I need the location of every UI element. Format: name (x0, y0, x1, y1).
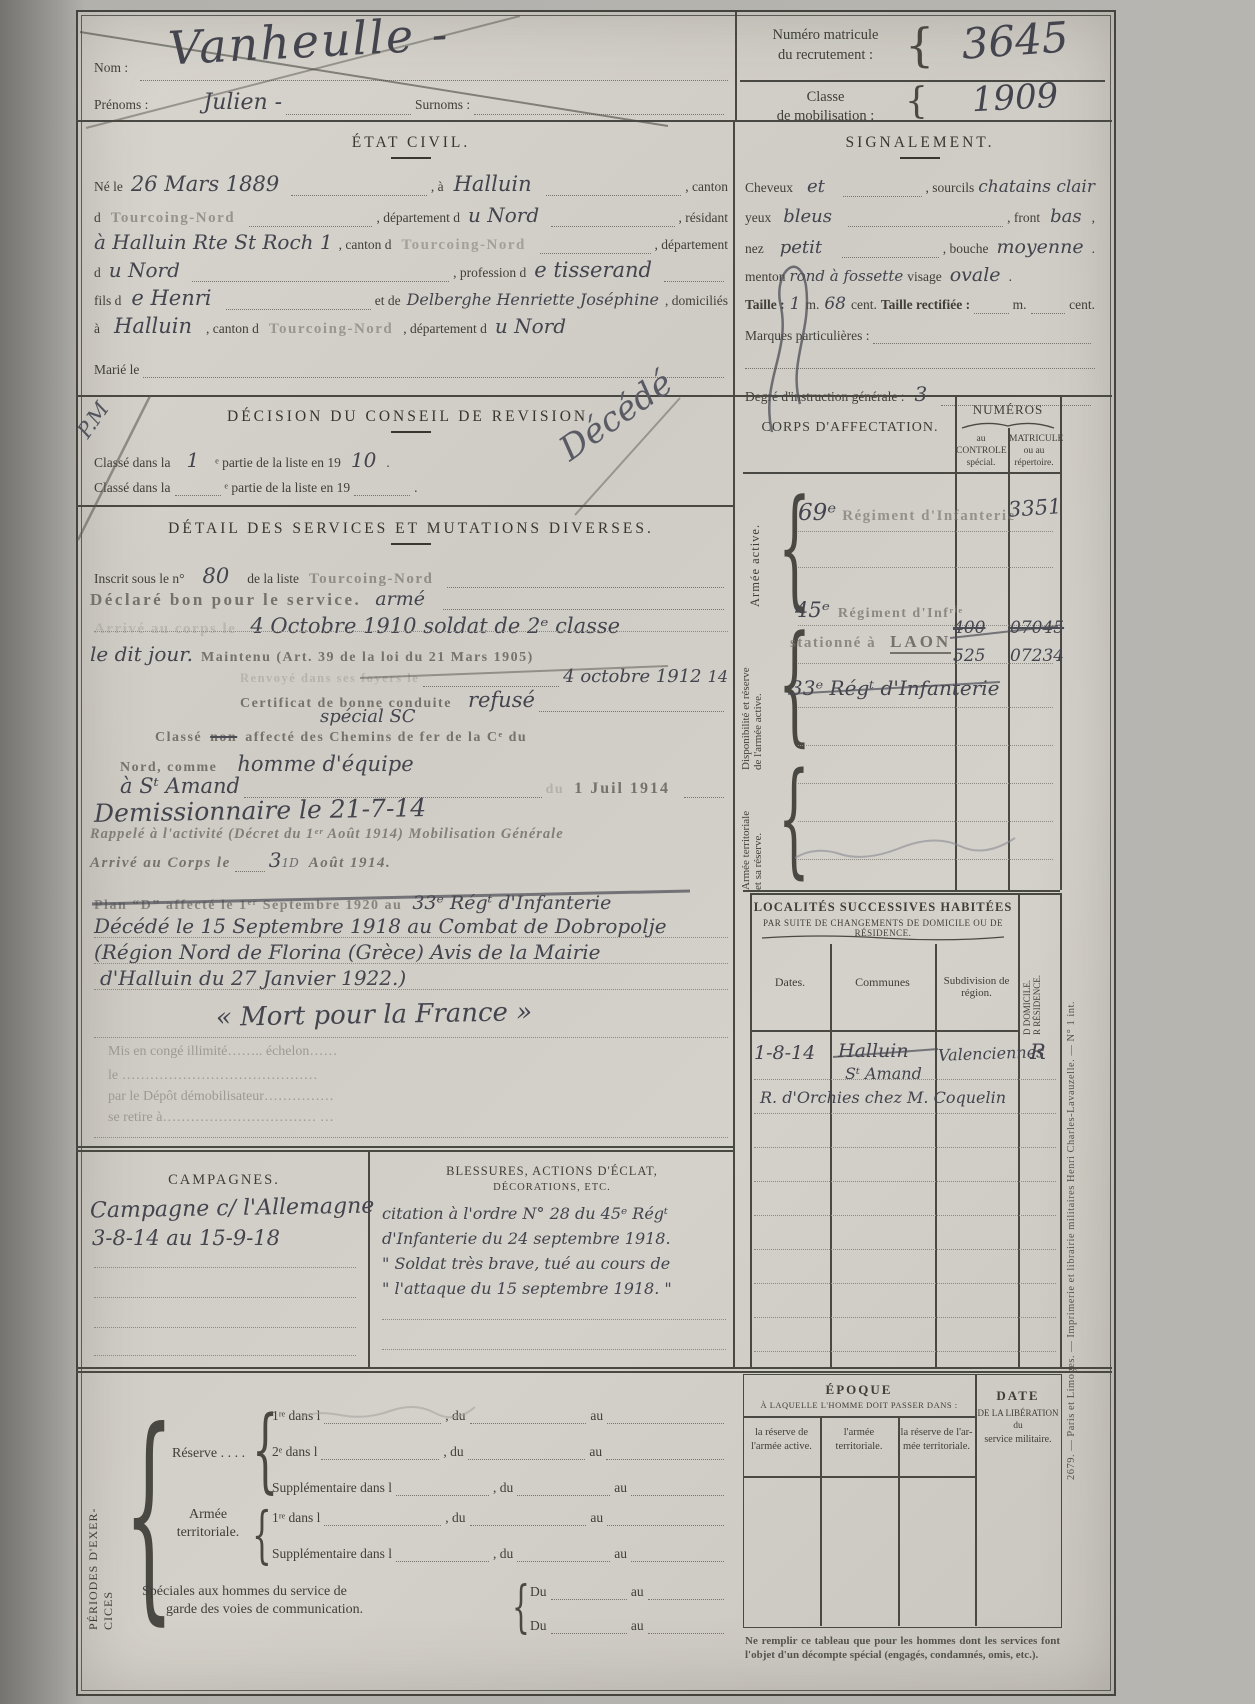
surname-label: Nom : (94, 60, 128, 76)
conduite-row: Certificat de bonne conduite refusé (240, 688, 728, 712)
regiment-45-row: 45ᵉ Régiment d'Infʳⁱᵉ (795, 598, 964, 622)
chin-row: menton rond à fossette visage ovale . (745, 264, 1095, 286)
stationne-row: stationné à LAON (790, 632, 951, 654)
retire-ghost-label: se retire à…………………………… … (108, 1110, 334, 1126)
parents-row: fils d e Henri et de Delberghe Henriette… (94, 286, 728, 310)
non-struck-stamp: non (210, 730, 237, 746)
ruled-dots (286, 112, 411, 115)
main-column-divider (733, 120, 735, 1368)
list-number-handwritten: 80 (203, 564, 230, 588)
list-stamp: Tourcoing-Nord (309, 571, 433, 588)
department2-row: d u Nord , profession d e tisserand (94, 258, 728, 282)
blessures-title-2: DÉCORATIONS, ETC. (378, 1182, 726, 1193)
ruled-line (94, 1036, 728, 1038)
domicile-row: à Halluin , canton d Tourcoing-Nord , dé… (94, 314, 728, 338)
chin-handwritten: rond à fossette (790, 267, 904, 285)
nose-handwritten: petit (780, 237, 822, 258)
epoque-col-1: la réserve de l'armée active. (745, 1426, 818, 1453)
communes-col-header: Communes (830, 975, 935, 990)
class-value: 1909 (934, 74, 1096, 122)
hair-handwritten: et (807, 176, 825, 197)
renvoye-ghost-stamp: Renvoyé dans ses foyers le (240, 671, 419, 686)
liberation-date-sub-3: service militaire. (977, 1434, 1059, 1445)
matricule-07045-struck: 07045 (1010, 618, 1064, 638)
matricule-col-header: MATRICULE ou au répertoire. (1009, 434, 1059, 470)
epoque-cols-sep (743, 1476, 975, 1478)
speciales-row-1: Du au (530, 1584, 728, 1600)
localites-subtitle: PAR SUITE DE CHANGEMENTS DE DOMICILE OU … (752, 918, 1014, 938)
localites-top-border (750, 893, 1060, 895)
matricule-number-label: Numéro matricule du recrutement : (743, 26, 908, 65)
birth-place-handwritten: Halluin (454, 172, 532, 196)
localites-col-line (830, 944, 832, 1368)
dispo-side-label: Disponibilité et réserve de l'armée acti… (740, 620, 764, 770)
arrival-1914-row: Arrivé au Corps le 3 1D Août 1914. (90, 848, 590, 872)
reserve-row-2: 2ᵉ dans l , du au (272, 1444, 728, 1460)
canton-stamp: Tourcoing-Nord (111, 210, 235, 227)
inscrit-row: Inscrit sous le n° 80 de la liste Tourco… (94, 564, 728, 588)
speciales-row-2: Du au (530, 1618, 728, 1634)
controle-400-struck: 400 (953, 618, 985, 638)
brace: { (778, 756, 810, 881)
liberation-date-title: DATE (977, 1388, 1059, 1404)
domicile-handwritten: Halluin (114, 314, 192, 338)
special-sc-handwritten: spécial SC (320, 706, 416, 727)
epoque-title: ÉPOQUE (745, 1382, 973, 1398)
maintenu-row: le dit jour. Maintenu (Art. 39 de la loi… (90, 642, 728, 666)
orchies-line-handwritten: R. d'Orchies chez M. Coquelin (760, 1088, 1006, 1107)
residence-flag-handwritten: R (1030, 1040, 1046, 1064)
title-dash (391, 543, 431, 545)
height-row: Taille : 1 m. 68 cent. Taille rectifiée … (745, 294, 1095, 314)
citation-line-1: citation à l'ordre N° 28 du 45ᵉ Régᵗ (382, 1204, 668, 1223)
corps-bottom-line (743, 890, 1060, 892)
death-line-2: (Région Nord de Florina (Grèce) Avis de … (94, 940, 600, 964)
liberation-date-sub-1: DE LA LIBÉRATION (977, 1408, 1059, 1418)
arrival-1910-row: Arrivé au corps le 4 Octobre 1910 soldat… (94, 614, 728, 638)
matricule-07234: 07234 (1010, 646, 1064, 666)
mouth-handwritten: moyenne (996, 236, 1083, 258)
canton-stamp: Tourcoing-Nord (269, 321, 393, 338)
face-handwritten: ovale (950, 264, 1001, 286)
ruled-line (94, 630, 728, 632)
birth-date-handwritten: 26 Mars 1889 (131, 172, 279, 196)
title-dash (391, 431, 431, 433)
mobilisation-stamp: Rappelé à l'activité (Décret du 1ᵉʳ Août… (90, 826, 564, 843)
blessures-title-1: BLESSURES, ACTIONS D'ÉCLAT, (378, 1164, 726, 1179)
list-year-handwritten: 10 (351, 448, 376, 472)
liberation-date-sub-2: du (977, 1421, 1059, 1431)
firstname-handwritten: Julien - (203, 90, 282, 115)
residence-handwritten: à Halluin Rte St Roch 1 (94, 230, 333, 254)
epoque-col-2: l'armée territoriale. (822, 1426, 896, 1453)
section-rule (76, 505, 735, 507)
renvoye-row: Renvoyé dans ses foyers le 4 octobre 191… (240, 666, 728, 687)
reserve-row-3: Supplémentaire dans l , du au (272, 1480, 728, 1496)
double-rule (76, 1367, 1112, 1369)
death-line-1: Décédé le 15 Septembre 1918 au Combat de… (94, 914, 667, 938)
speciales-label-1: Spéciales aux hommes du service de (142, 1584, 347, 1600)
localites-left-border (750, 893, 752, 1368)
territoriale-row-2: Supplémentaire dans l , du au (272, 1546, 728, 1562)
services-title: DÉTAIL DES SERVICES ET MUTATIONS DIVERSE… (94, 520, 728, 545)
laon-stamp: LAON (890, 632, 951, 654)
eyebrows-handwritten: chatains clair (978, 177, 1095, 197)
department2-handwritten: u Nord (109, 258, 180, 282)
marks-blank-line (745, 356, 1095, 369)
printer-imprint-vertical: 2679. — Paris et Limoges. — Imprimerie e… (1066, 760, 1077, 1480)
citation-line-3: " Soldat très brave, tué au cours de (382, 1254, 670, 1273)
corps-title: CORPS D'AFFECTATION. (745, 420, 955, 436)
localites-title: LOCALITÉS SUCCESSIVES HABITÉES (752, 900, 1014, 915)
localites-col-line (1018, 893, 1020, 1368)
ruled-line (94, 1136, 728, 1138)
territoriale-side-label: Armée territoriale et sa réserve. (740, 772, 764, 890)
arme-handwritten: armé (375, 588, 425, 610)
railway-row-1: Classé non affecté des Chemins de fer de… (155, 730, 728, 746)
domicile-residence-header: D DOMICILE. R RÉSIDENCE. (1022, 945, 1042, 1035)
corps-col-line (955, 397, 957, 890)
st-amand-handwritten: à Sᵗ Amand (120, 774, 240, 798)
title-dash (900, 157, 940, 159)
brace: { (512, 1580, 530, 1636)
height-cm-handwritten: 68 (824, 294, 846, 314)
subdivision-col-header: Subdivision de région. (935, 975, 1018, 999)
reserve-row-1: 1ʳᵉ dans l , du au (272, 1408, 728, 1424)
canton-row: d Tourcoing-Nord , département d u Nord … (94, 203, 728, 227)
commune-st-amand: Sᵗ Amand (845, 1064, 922, 1083)
father-handwritten: e Henri (131, 286, 211, 310)
nose-row: nez petit , bouche moyenne . (745, 236, 1095, 258)
list-part-handwritten: 1 (187, 448, 200, 472)
demission-handwritten: Demissionnaire le 21-7-14 (94, 793, 427, 828)
territoriale-row-1: 1ʳᵉ dans l , du au (272, 1510, 728, 1526)
territoriale-label: Armée territoriale. (168, 1506, 248, 1542)
periodes-side-label: PÉRIODES D'EXER- CICES (86, 1400, 116, 1630)
ruled-dots (474, 112, 724, 115)
married-row: Marié le (94, 362, 728, 378)
brace: { (252, 1504, 272, 1566)
epoque-col-3: la réserve de l'ar- mée territoriale. (900, 1426, 973, 1453)
refuse-handwritten: refusé (468, 688, 535, 712)
matricule-3351-handwritten: 3351 (1007, 494, 1061, 522)
regiment-69-number-handwritten: 69ᵉ (798, 500, 836, 526)
declare-row: Déclaré bon pour le service. armé (90, 588, 728, 610)
brace: { (905, 22, 934, 68)
speciales-label-2: garde des voies de communication. (166, 1602, 363, 1618)
campagne-line-2: 3-8-14 au 15-9-18 (92, 1226, 280, 1250)
localites-col-line (935, 944, 937, 1368)
le-ghost-label: le …………………………………… (108, 1068, 318, 1084)
regiment-69-row: 69ᵉ Régiment d'Infanterie (798, 500, 1016, 526)
marks-row: Marques particulières : (745, 328, 1095, 344)
locality-date-handwritten: 1-8-14 (754, 1042, 815, 1064)
firstname-row: Prénoms : Julien - Surnoms : (94, 90, 728, 115)
campagnes-title: CAMPAGNES. (94, 1172, 354, 1189)
plan-d-row: Plan “D” affecté le 1ᵉʳ Septembre 1920 a… (94, 892, 728, 914)
education-handwritten: 3 (915, 382, 928, 406)
ruled-line (94, 962, 728, 964)
profession-handwritten: e tisserand (534, 258, 652, 282)
height-m-handwritten: 1 (790, 294, 801, 314)
header-box-left-border (735, 12, 737, 120)
surname-ruled-line (140, 66, 728, 81)
renvoye-date-handwritten: 4 octobre 1912 (563, 666, 701, 687)
classement-row-2: Classé dans la ᵉ partie de la liste en 1… (94, 480, 654, 496)
localites-header-sep (750, 1030, 1018, 1032)
citation-line-4: " l'attaque du 15 septembre 1918. " (382, 1279, 672, 1298)
double-rule (76, 1371, 1112, 1373)
armee-active-side-label: Armée active. (748, 490, 763, 640)
date-stamp: 1 Juil 1914 (574, 780, 670, 798)
ruled-line (94, 988, 728, 990)
regiment-33-struck-handwritten: 33ᵉ Régᵗ d'Infanterie (790, 676, 1000, 700)
reserve-label: Réserve . . . . (172, 1446, 245, 1462)
renvoye-14-handwritten: 14 (708, 667, 728, 686)
signalement-title: SIGNALEMENT. (745, 134, 1095, 159)
plan-d-stamp: Plan “D” affecté le 1ᵉʳ Septembre 1920 a… (94, 898, 402, 914)
dates-col-header: Dates. (750, 975, 830, 990)
hair-row: Cheveux et , sourcils chatains clair (745, 176, 1095, 197)
epoque-note: Ne remplir ce tableau que pour les homme… (745, 1634, 1060, 1663)
subdivision-handwritten: Valenciennes (938, 1042, 1045, 1065)
scanned-military-record: Vanheulle - Nom : Prénoms : Julien - Sur… (0, 0, 1255, 1704)
localites-right-border (1060, 893, 1062, 1368)
campagne-line-1: Campagne c/ l'Allemagne (90, 1194, 375, 1224)
canton-stamp: Tourcoing-Nord (401, 237, 525, 254)
arrival-sup-handwritten: 1D (282, 856, 299, 870)
title-dash (391, 157, 431, 159)
nickname-label: Surnoms : (415, 97, 470, 113)
forehead-handwritten: bas (1050, 206, 1082, 227)
controle-col-header: au CONTROLE spécial. (956, 434, 1006, 470)
fit-for-service-stamp: Déclaré bon pour le service. (90, 590, 361, 610)
section-rule (76, 395, 1112, 397)
double-rule (76, 1150, 735, 1152)
controle-525: 525 (953, 646, 985, 666)
death-line-3: d'Halluin du 27 Janvier 1922.) (100, 966, 406, 990)
regiment-stamp: Régiment d'Infʳⁱᵉ (838, 605, 964, 622)
brace: { (905, 84, 928, 120)
citation-line-2: d'Infanterie du 24 septembre 1918. (382, 1229, 671, 1248)
eyes-handwritten: bleus (783, 206, 832, 227)
regiment-45-number-handwritten: 45ᵉ (795, 598, 830, 622)
ruled-line (94, 936, 728, 938)
epoque-subtitle: À LAQUELLE L'HOMME DOIT PASSER DANS : (745, 1400, 973, 1410)
maintenu-stamp: Maintenu (Art. 39 de la loi du 21 Mars 1… (201, 650, 534, 666)
double-rule (76, 1146, 735, 1148)
commune-halluin-struck: Halluin (838, 1040, 909, 1062)
header-bottom-rule (76, 120, 1112, 122)
campagnes-blessures-divider (368, 1150, 370, 1367)
department3-handwritten: u Nord (495, 314, 566, 338)
numeros-title: NUMÉROS (957, 402, 1059, 418)
epoque-header-sep (743, 1416, 975, 1418)
arrival-day-handwritten: 3 (269, 848, 282, 872)
ledit-jour-handwritten: le dit jour. (90, 642, 193, 666)
eyes-row: yeux bleus , front bas , (745, 206, 1095, 227)
corps-right-border (1060, 397, 1062, 890)
regiment-33-handwritten: 33ᵉ Régᵗ d'Infanterie (412, 892, 611, 914)
railway-row-2: Nord, comme homme d'équipe (120, 752, 728, 776)
etat-civil-title: ÉTAT CIVIL. (94, 134, 728, 159)
arrival-1910-handwritten: 4 Octobre 1910 soldat de 2ᵉ classe (250, 614, 620, 638)
department-handwritten: u Nord (468, 203, 539, 227)
equipe-handwritten: homme d'équipe (237, 752, 413, 776)
depot-ghost-label: par le Dépôt démobilisateur…………… (108, 1089, 334, 1105)
birth-row: Né le 26 Mars 1889 , à Halluin , canton (94, 172, 728, 196)
mother-handwritten: Delberghe Henriette Joséphine (407, 290, 659, 309)
conge-ghost-label: Mis en congé illimité…….. échelon…… (108, 1044, 337, 1060)
firstname-label: Prénoms : (94, 97, 148, 113)
residence-row: à Halluin Rte St Roch 1 , canton d Tourc… (94, 230, 728, 254)
regiment-stamp: Régiment d'Infanterie (842, 508, 1016, 525)
